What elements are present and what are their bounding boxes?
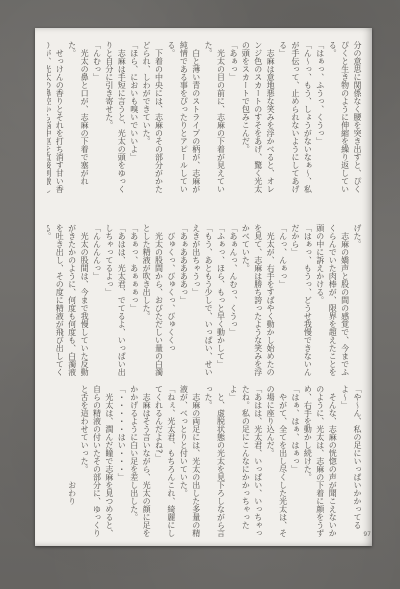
text-column: 「ふぁっ、ほら、もっと早く動かして」 bbox=[214, 224, 226, 376]
text-column: 「あぁっ、あぁぁぁっ」 bbox=[127, 224, 139, 376]
text-column: 「はぁっ、ふうっ、くうっ」 bbox=[313, 41, 325, 193]
text-column: やがて、全てを出し尽くした光太は、その場に座り込んだ。 bbox=[264, 385, 289, 537]
text-column: 「あはは、光太君、いっぱい、いっちゃったね。私の足にこんなにかかっちゃったよ」 bbox=[227, 385, 264, 537]
text-column: 志麻はそう言いながら、光太の顔に足をかかげるように白い足を差し出した。 bbox=[127, 385, 152, 537]
text-column: 志麻は意地悪な笑みを浮かべると、オレンジ色のスカートのすそをあげ、驚く光太の頭を… bbox=[239, 41, 276, 193]
text-column: 「あはは、光太君、でてるよ、いっぱい出しちゃってるよっ」 bbox=[102, 224, 127, 376]
text-column: 光太の鼻と口が、志麻の下着で塞がれた。 bbox=[65, 41, 90, 193]
text-column: 光太の股間から、おびただしい量の白濁とした精液が吹き出した。 bbox=[140, 224, 165, 376]
text-band-top: 分の意思に関係なく腰を突き出すと、ぴくぴくと生き物のように伸縮を繰り返している。… bbox=[47, 41, 363, 193]
text-column: 下着の中央には、志麻のその部分がかたどられ、しわができていた。 bbox=[140, 41, 165, 193]
scanned-page: 分の意思に関係なく腰を突き出すと、ぴくぴくと生き物のように伸縮を繰り返している。… bbox=[35, 28, 372, 546]
text-column: 光太の目の前に、志麻の下着が見えていた。 bbox=[202, 41, 227, 193]
text-band-bottom: 「や〜ん、私の足にいっぱいかかってるよ〜」 そんな、志麻の恍惚の声が聞こえないか… bbox=[47, 385, 363, 537]
text-column: 「はぁっ、もうっ、どうせ我慢できないんだから」 bbox=[289, 224, 314, 376]
text-column: 「や〜ん、私の足にいっぱいかかってるよ〜」 bbox=[338, 385, 363, 537]
text-column: 「んっ、んぁっ」 bbox=[276, 224, 288, 376]
text-column: 分の意思に関係なく腰を突き出すと、ぴくぴくと生き物のように伸縮を繰り返している。 bbox=[326, 41, 363, 193]
text-column: 「ねぇ、光太君、もちろんこれ、綺麗にしてくれるんだよね?」 bbox=[152, 385, 177, 537]
text-column: 「んんんんっ」 bbox=[90, 224, 102, 376]
text-column: 「・・・・・はい・・・」 bbox=[115, 385, 127, 537]
text-column: 「ん〜っ、もう、しょうがないなぁ〜、私が手伝って、止められないようにしてあげる」 bbox=[276, 41, 313, 193]
text-column: 「あぁあああああっ」 bbox=[177, 224, 189, 376]
text-column: 「あぁんっ、んむっ、くうっ」 bbox=[227, 224, 239, 376]
text-column: 「んむっ」 bbox=[90, 41, 102, 193]
text-column: と、虚脱状態の光太を見下ろしながら言った。 bbox=[202, 385, 227, 537]
text-column: そんな、志麻の恍惚の声が聞こえないかのように、光太は、志麻の下着に顔をうずめ、右… bbox=[301, 385, 338, 537]
text-column: 光太は、潤んだ瞳で志麻を見つめると、自らの精液の付いたその部分に、ゆっくりと舌を… bbox=[78, 385, 115, 537]
text-column: 「ほら、においも嗅いでいいよ」 bbox=[127, 41, 139, 193]
text-column: 白と薄い青のストライプの柄が、志麻が純情である事をぴったりとアピールしている。 bbox=[165, 41, 202, 193]
text-column: びゅくっ、びゅくっ、びゅくくっ bbox=[165, 224, 177, 376]
text-column: せっけんの香りとそれを打ち消す甘い香りが、光太の鼻腔から脳中枢を直接刺激していっ… bbox=[47, 41, 65, 193]
page-number: 97 bbox=[363, 531, 371, 538]
text-band-middle: げた。 志麻の嬌声と股の間の感覚で、今までふくらんでいた肉棒が、限界を超えたこと… bbox=[47, 224, 363, 376]
text-column: 志麻の嬌声と股の間の感覚で、今までふくらんでいた肉棒が、限界を超えたことを頭の中… bbox=[313, 224, 350, 376]
text-column: 志麻は手短に言うと、光太の頭をゆっくりと自分に引き寄せた。 bbox=[102, 41, 127, 193]
text-column: 光太が、右手をすばやく動かし始めたのを見て、志麻は勝ち誇ったような笑みを浮かべて… bbox=[239, 224, 276, 376]
text-column: 「あぁっ」 bbox=[227, 41, 239, 193]
the-end-label: おわり bbox=[65, 385, 77, 537]
text-column: 志麻の両足には、光太の出した多量の精液が、べっとりと付いていた。 bbox=[177, 385, 202, 537]
text-column: 「もう、あともう少しで、いっぱい、せいえきが出ちゃうっ」 bbox=[189, 224, 214, 376]
text-column: 光太の股間は、今まで我慢していた反動がきたかのように、何度も何度も、白濁液を吐き… bbox=[47, 224, 90, 376]
text-column: げた。 bbox=[351, 224, 363, 376]
scanner-background: 分の意思に関係なく腰を突き出すと、ぴくぴくと生き物のように伸縮を繰り返している。… bbox=[0, 0, 400, 589]
text-column: 「はぁ、はぁ、はぁっ」 bbox=[289, 385, 301, 537]
